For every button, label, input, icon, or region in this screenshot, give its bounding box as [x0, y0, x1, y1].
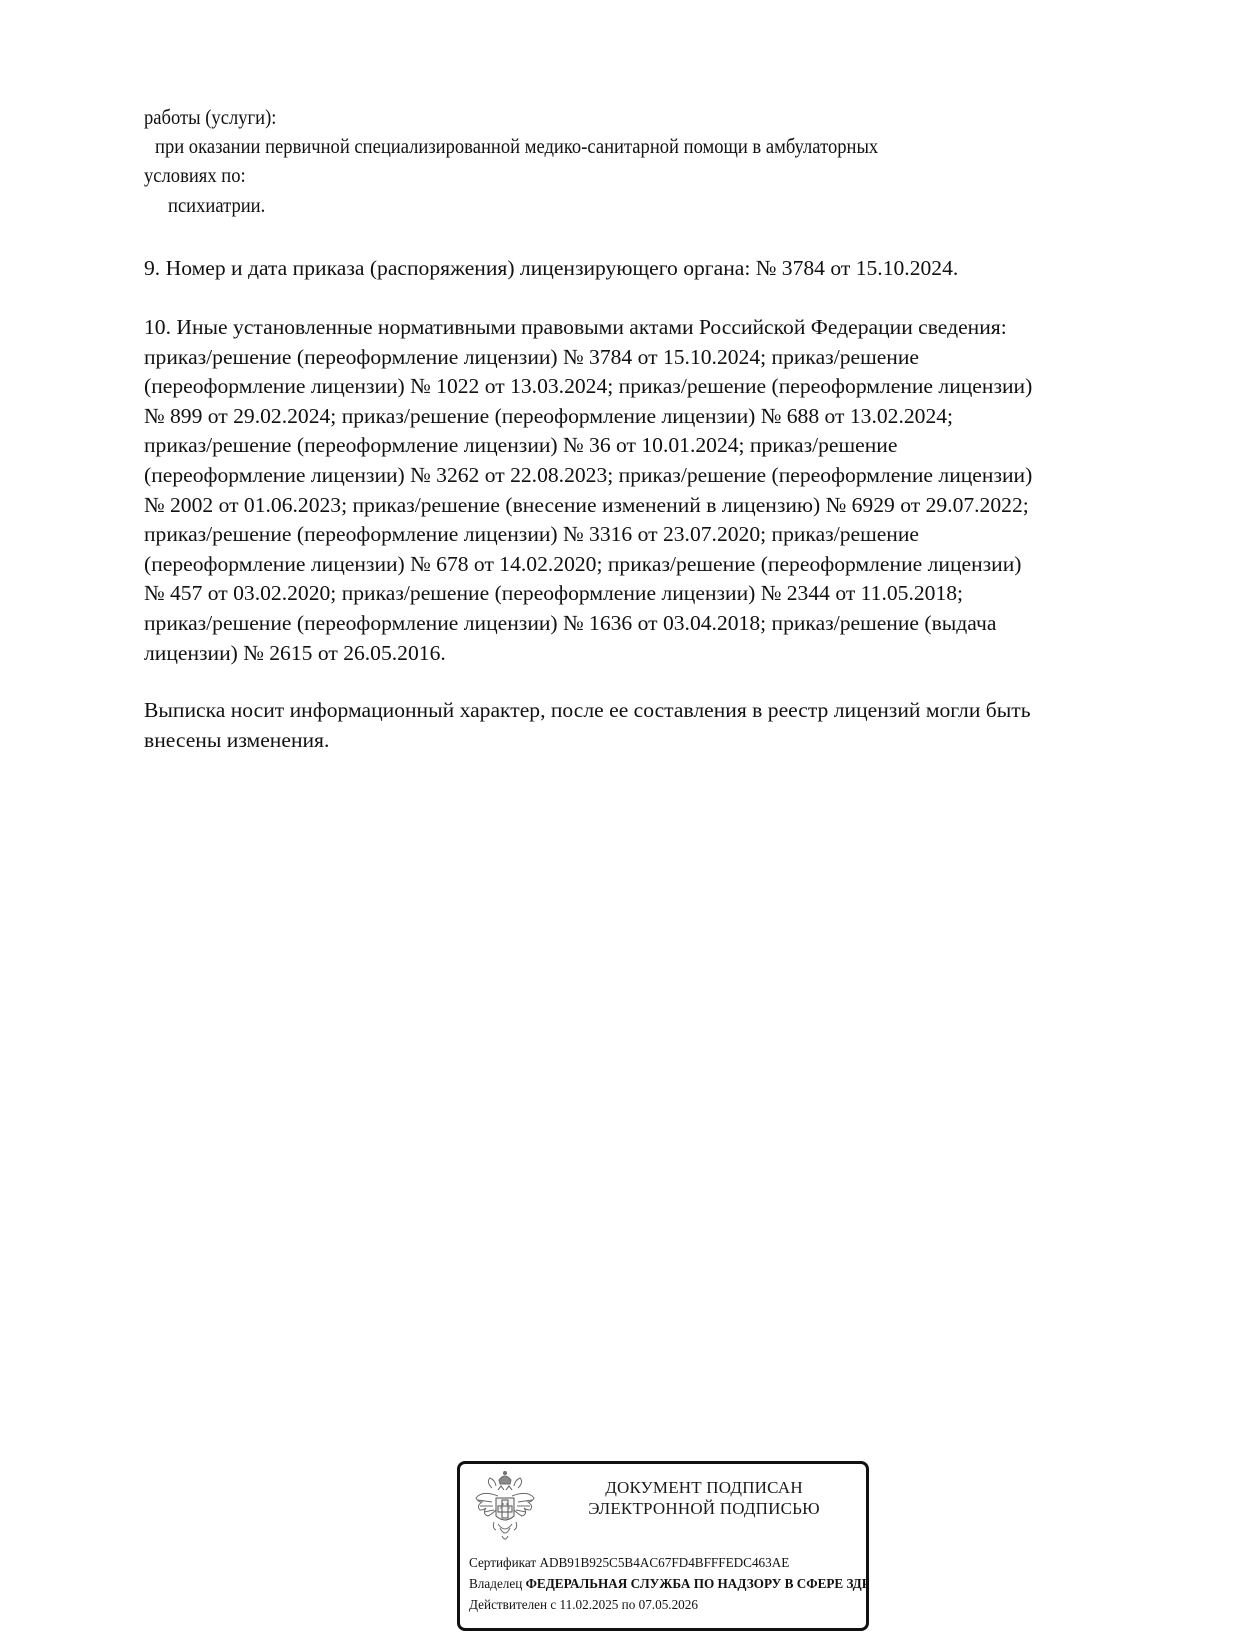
- section-9-order-number: 9. Номер и дата приказа (распоряжения) л…: [144, 254, 958, 284]
- section-10-line: приказ/решение (переоформление лицензии)…: [144, 343, 919, 373]
- section-10-line: (переоформление лицензии) № 3262 от 22.0…: [144, 461, 1032, 491]
- intro-line-psychiatry: психиатрии.: [168, 191, 265, 221]
- disclaimer-line: Выписка носит информационный характер, п…: [144, 696, 1031, 726]
- section-10-line: приказ/решение (переоформление лицензии)…: [144, 609, 996, 639]
- owner-row: Владелец ФЕДЕРАЛЬНАЯ СЛУЖБА ПО НАДЗОРУ В…: [469, 1575, 869, 1593]
- section-10-line: 10. Иные установленные нормативными прав…: [144, 313, 1007, 343]
- certificate-value: ADB91B925C5B4AC67FD4BFFFEDC463AE: [539, 1555, 789, 1570]
- intro-line-care-conditions: при оказании первичной специализированно…: [155, 132, 878, 162]
- coat-of-arms-emblem-icon: [472, 1468, 538, 1544]
- section-10-line: (переоформление лицензии) № 1022 от 13.0…: [144, 372, 1032, 402]
- section-10-line: (переоформление лицензии) № 678 от 14.02…: [144, 550, 1021, 580]
- stamp-title: ДОКУМЕНТ ПОДПИСАН ЭЛЕКТРОННОЙ ПОДПИСЬЮ: [552, 1477, 856, 1519]
- section-10-line: № 457 от 03.02.2020; приказ/решение (пер…: [144, 579, 963, 609]
- owner-value: ФЕДЕРАЛЬНАЯ СЛУЖБА ПО НАДЗОРУ В СФЕРЕ ЗД…: [526, 1576, 869, 1591]
- intro-line-works: работы (услуги):: [144, 103, 276, 133]
- owner-label: Владелец: [469, 1576, 522, 1591]
- section-10-line: приказ/решение (переоформление лицензии)…: [144, 431, 897, 461]
- electronic-signature-stamp: ДОКУМЕНТ ПОДПИСАН ЭЛЕКТРОННОЙ ПОДПИСЬЮ С…: [457, 1461, 869, 1631]
- section-10-line: приказ/решение (переоформление лицензии)…: [144, 520, 919, 550]
- intro-line-conditions: условиях по:: [144, 161, 246, 191]
- section-10-line: № 899 от 29.02.2024; приказ/решение (пер…: [144, 402, 953, 432]
- section-10-line: № 2002 от 01.06.2023; приказ/решение (вн…: [144, 491, 1029, 521]
- stamp-title-line: ДОКУМЕНТ ПОДПИСАН: [552, 1477, 856, 1498]
- certificate-label: Сертификат: [469, 1555, 536, 1570]
- validity-row: Действителен с 11.02.2025 по 07.05.2026: [469, 1596, 698, 1614]
- section-10-line: лицензии) № 2615 от 26.05.2016.: [144, 639, 446, 669]
- certificate-row: Сертификат ADB91B925C5B4AC67FD4BFFFEDC46…: [469, 1554, 789, 1572]
- disclaimer-line: внесены изменения.: [144, 726, 329, 756]
- document-page: работы (услуги): при оказании первичной …: [0, 0, 1240, 1650]
- stamp-title-line: ЭЛЕКТРОННОЙ ПОДПИСЬЮ: [552, 1498, 856, 1519]
